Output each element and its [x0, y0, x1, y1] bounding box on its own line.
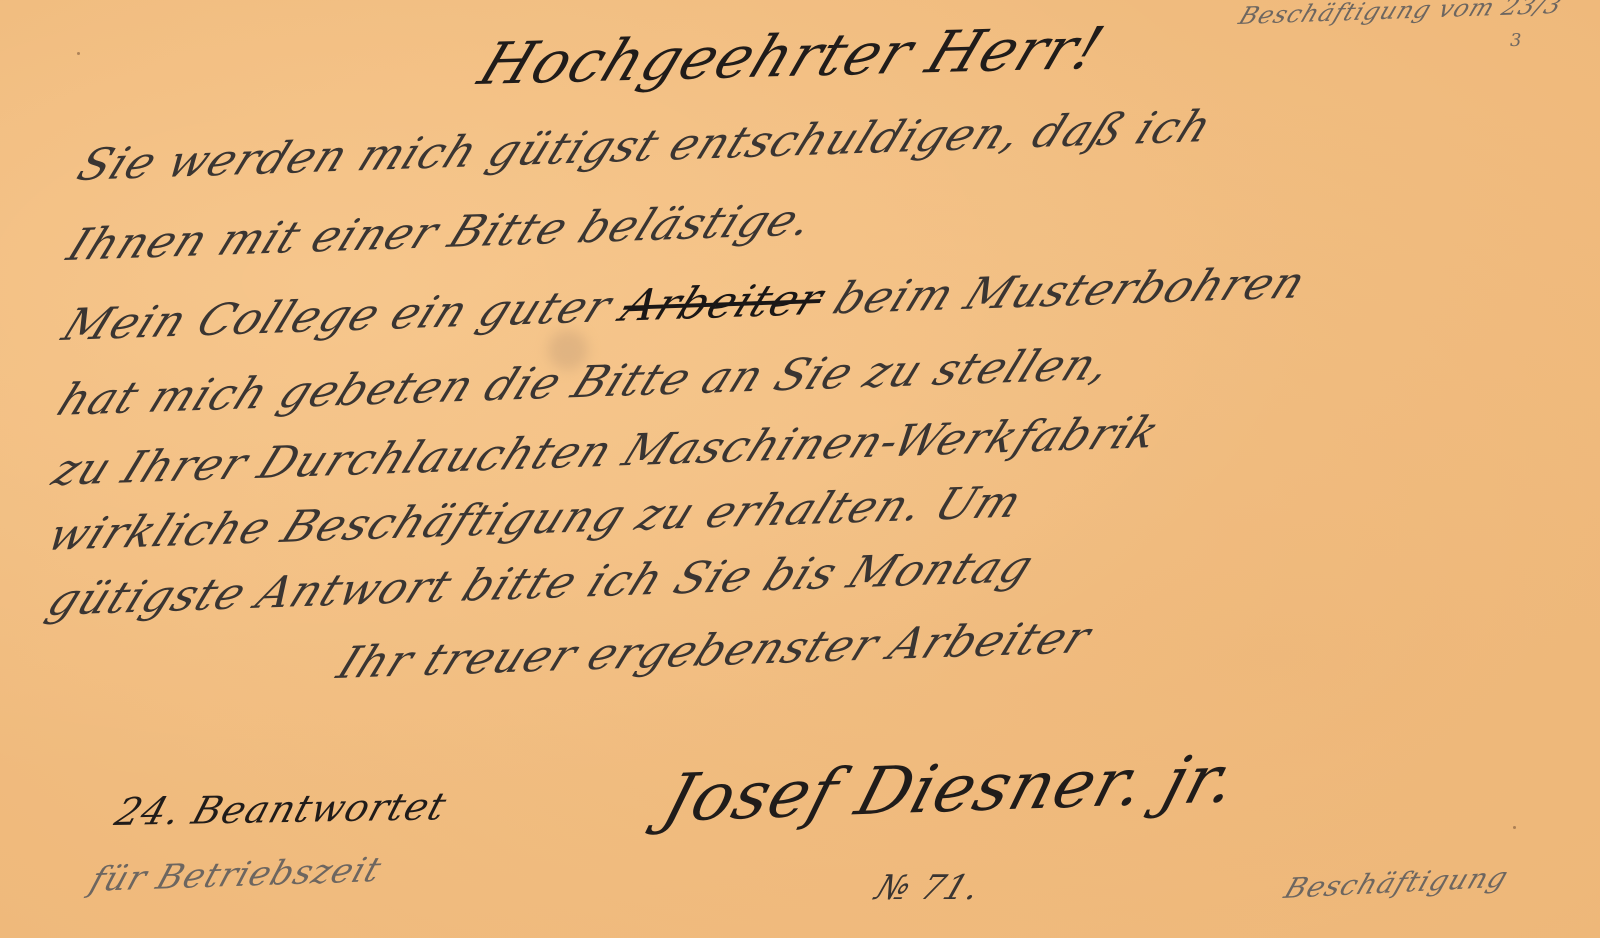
struck-word: Arbeiter	[614, 274, 832, 332]
paper-speck	[1513, 826, 1516, 829]
paper-speck	[77, 52, 80, 55]
archive-annotation-top-sub: 3	[1510, 30, 1522, 51]
reply-annotation: 24. Beantwortet	[110, 784, 452, 834]
signature-number: № 71.	[870, 868, 987, 908]
